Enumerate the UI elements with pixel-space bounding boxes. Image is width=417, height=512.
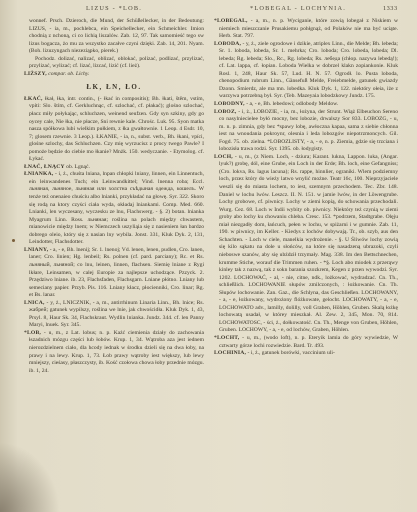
entry-loboz: LOBOZ, - i, ż., LOBOZIE, - ia, m., łożyn…	[214, 109, 398, 154]
entry-loboda: LOBODA, - y, ż., ziele ogrodowe i dzikie…	[214, 41, 398, 101]
entry-lobodny: LOBODNY, - a, - e, Bh. lebedowi; odlobod…	[214, 101, 398, 109]
page-number: 1333	[383, 5, 398, 12]
entry-pochodz: Pochodz. dolizać, nalizać, oblizać, oblo…	[24, 56, 204, 71]
entry-lochinia: LOCHINIA, - i, ż., gatunek borówki, vacc…	[214, 350, 398, 358]
section-heading: ŁK, ŁN, ŁO.	[24, 84, 204, 92]
left-column: wonnef. Prsch. Dzieroch, die Mund, der S…	[24, 18, 204, 375]
entry-lizszy: LIŻSZY, compar. ob. Lichy.	[24, 71, 204, 79]
running-header: LIZUS - *LOB. *LOBEGAL - LOCHYNIA. 1333	[0, 5, 417, 17]
entry-lnica: LNICA, - y, ż., LNICZNIK, - a, m., antir…	[24, 300, 204, 330]
right-running-head: *LOBEGAL - LOCHYNIA.	[250, 5, 346, 12]
left-running-head: LIZUS - *LOB.	[86, 5, 142, 12]
entry-lobegal: *LOBEGAL, - a, m., n. p. Wyciganie, któr…	[214, 18, 398, 41]
entry-lob: *LOB, - u, m., z Lat. lobus; n. p. Każć …	[24, 330, 204, 375]
entry-lizus-cont: wonnef. Prsch. Dzieroch, die Mund, der S…	[24, 18, 204, 56]
entry-locht: *LOCHT, - u, m., (wodo loft), n. p. Eter…	[214, 335, 398, 350]
entry-loch: LOCH, - u, m., (z Niem. Loch, - dziura; …	[214, 154, 398, 335]
entry-lkac: ŁKAĆ, łkał, łka, intr. contin., (- łkać …	[24, 96, 204, 164]
entry-lnac: ŁNAĆ, ŁNĄCY ob. Lgnąć.	[24, 164, 204, 172]
paper-stain	[12, 239, 15, 242]
dictionary-page: LIZUS - *LOB. *LOBEGAL - LOCHYNIA. 1333 …	[0, 0, 417, 512]
entry-lniany: LNIANY, - a, - e, Bh. lnenij; Sr. 1. lne…	[24, 247, 204, 300]
right-column: *LOBEGAL, - a, m., n. p. Wyciganie, któr…	[214, 18, 398, 358]
entry-lnianka: ŁNIANKA, - i, ż., chuśta lniana, lnpan c…	[24, 171, 204, 246]
